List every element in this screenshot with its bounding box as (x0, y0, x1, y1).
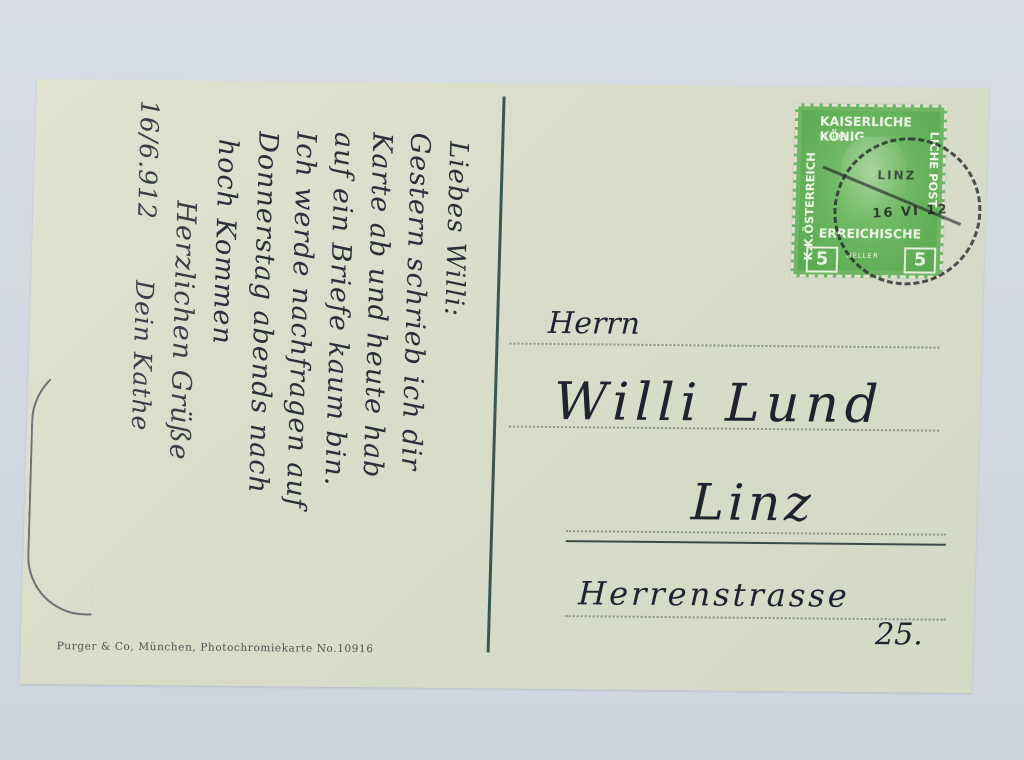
handwritten-line: hoch Kommen (206, 139, 243, 345)
address-house-number: 25. (875, 617, 924, 652)
signature-flourish (26, 361, 99, 616)
address-dotted-line-1 (509, 343, 939, 349)
address-title: Herrn (548, 306, 641, 342)
handwritten-line: Donnerstag abends nach (242, 131, 283, 494)
handwritten-line: Ich werde nachfragen auf (280, 131, 322, 509)
address-solid-line (566, 540, 946, 546)
stamp-year: 1908 (823, 133, 846, 143)
handwritten-line: auf ein Briefe kaum bin. (318, 132, 359, 487)
handwritten-line: Karte ab und heute hab (357, 132, 398, 478)
address-city: Linz (690, 473, 815, 532)
handwritten-salutation: Liebes Willi: (438, 141, 473, 317)
stamp-text-left: K.K.ÖSTERREICH (801, 152, 818, 260)
handwritten-closing: Herzlichen Grüße (163, 200, 201, 461)
message-side: Liebes Willi: Gestern schrieb ich dir Ka… (20, 79, 505, 688)
stamp-value-left: 5 (806, 246, 839, 272)
address-side: KAISERLICHE KÖNIG 1908 K.K.ÖSTERREICH LI… (490, 84, 989, 693)
handwritten-line: Gestern schrieb ich dir (395, 133, 436, 472)
handwritten-signature: Dein Kathe (126, 280, 159, 432)
printer-imprint: Purger & Co, München, Photochromiekarte … (56, 640, 373, 655)
postmark-date: 16 VI 12 (872, 202, 949, 222)
handwritten-date: 16/6.912 (132, 100, 164, 220)
address-dotted-line-3 (566, 530, 946, 536)
postmark-cancel: LINZ 16 VI 12 (831, 137, 983, 286)
address-street: Herrenstrasse (578, 574, 851, 615)
postcard: Liebes Willi: Gestern schrieb ich dir Ka… (20, 79, 989, 693)
postmark-town: LINZ (877, 168, 916, 182)
